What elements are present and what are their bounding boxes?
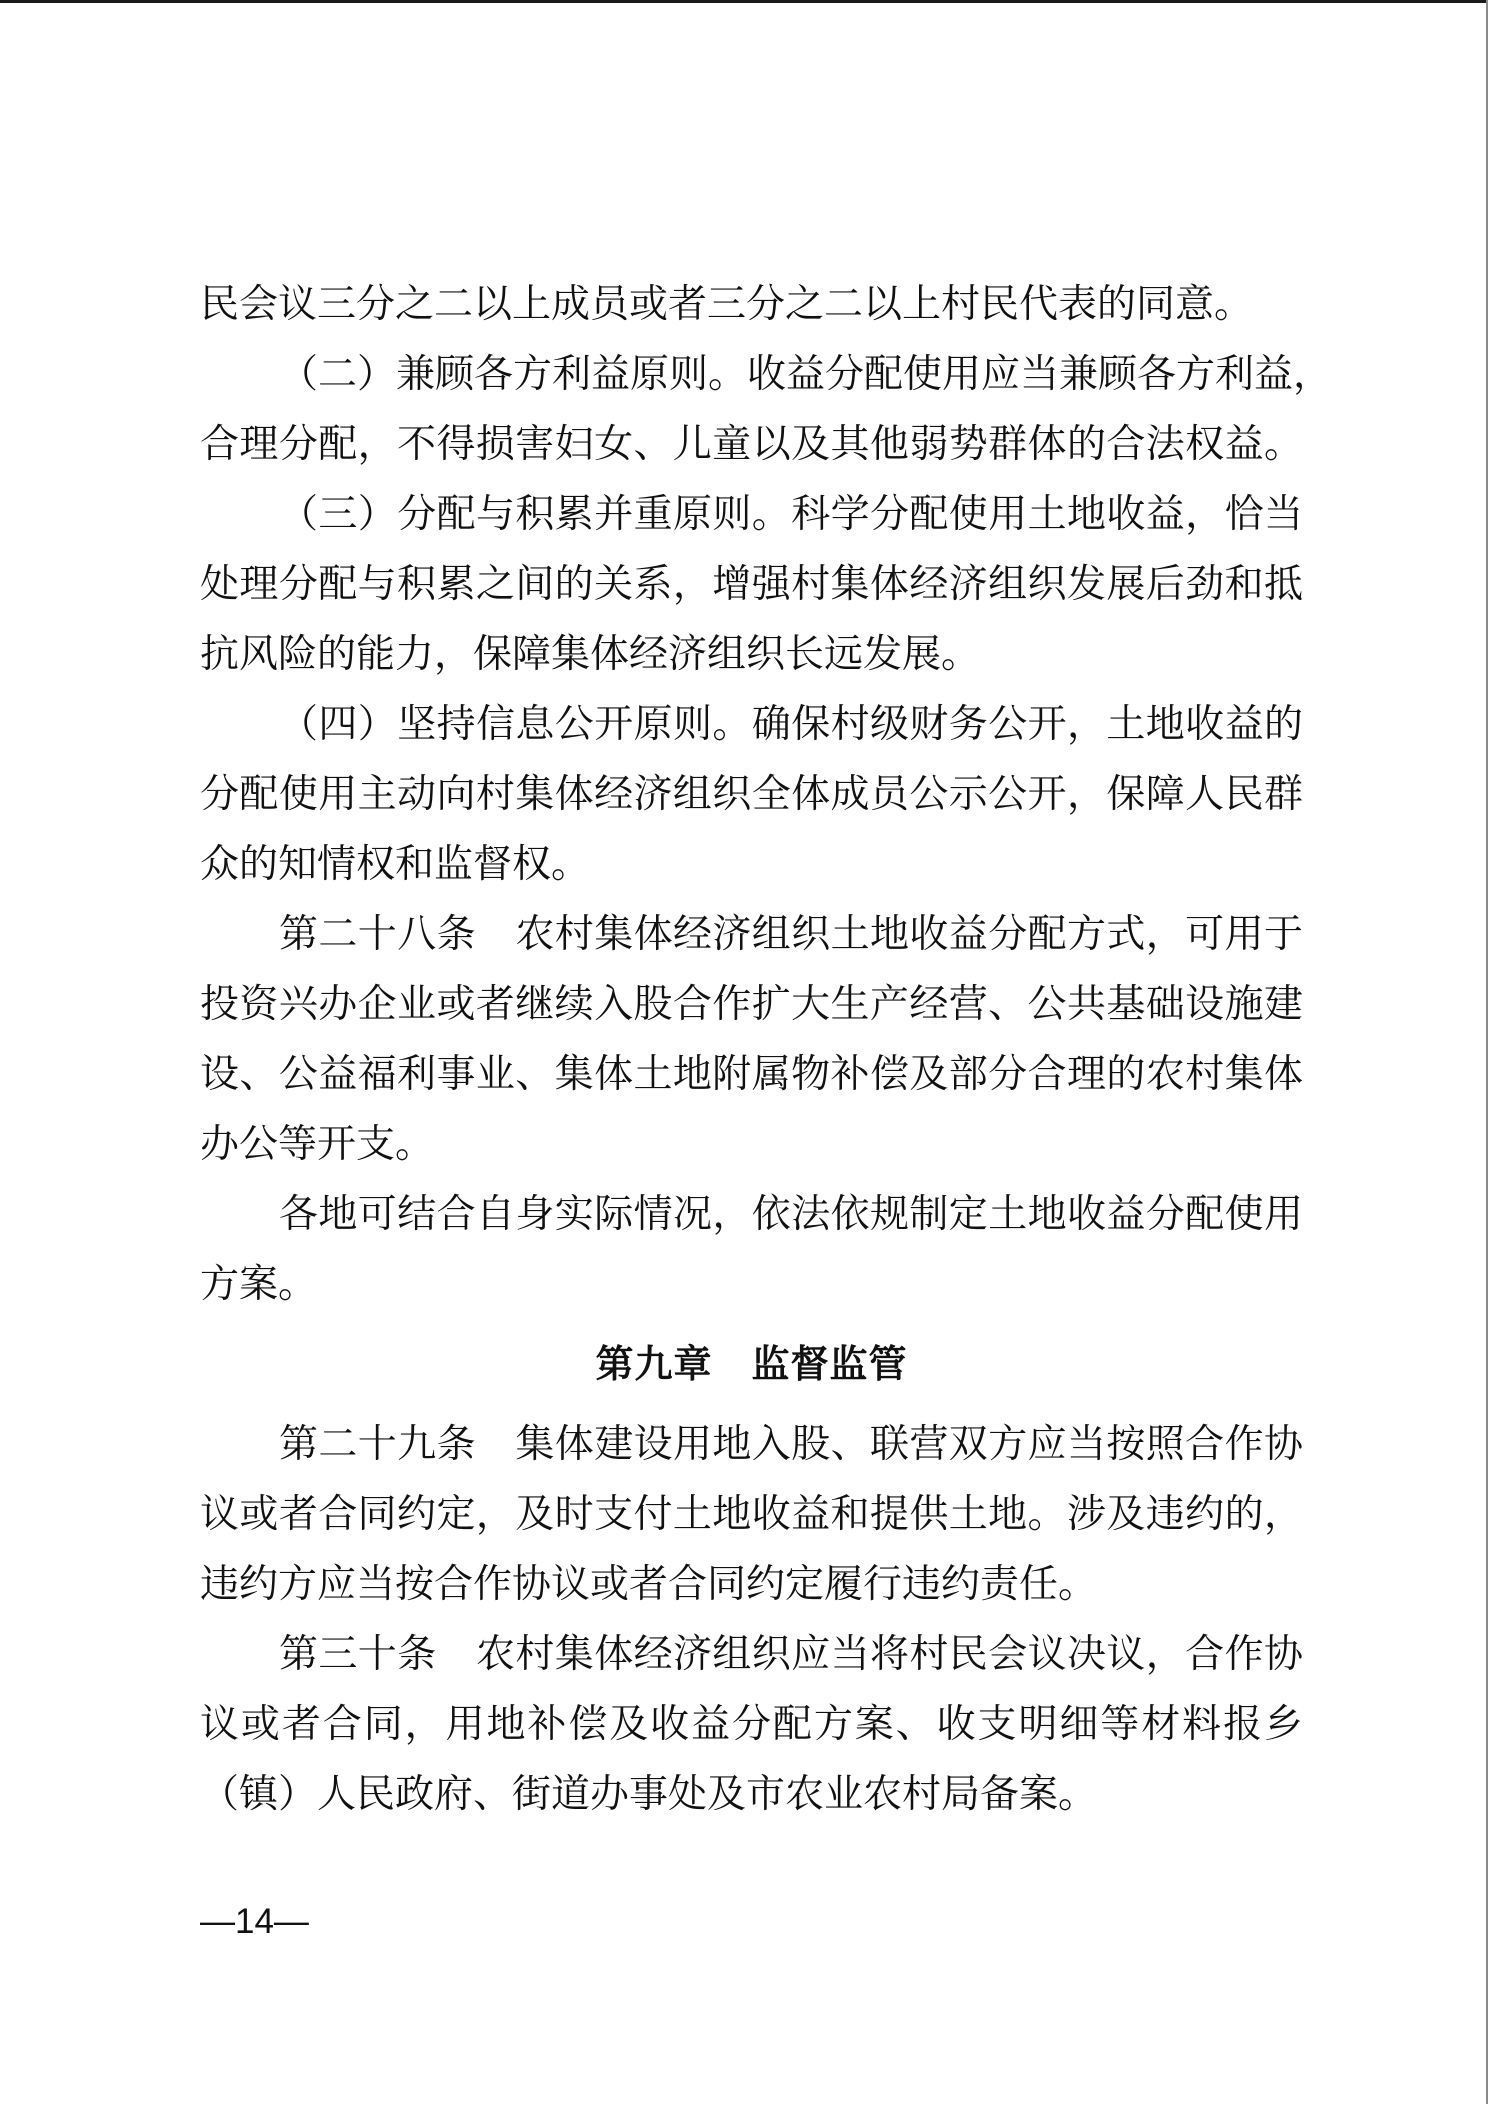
paragraph-line: （镇）人民政府、街道办事处及市农业农村局备案。 <box>200 1760 1303 1830</box>
paragraph-line: （四）坚持信息公开原则。确保村级财务公开，土地收益的 <box>200 690 1303 760</box>
page-number: —14— <box>200 1900 309 1944</box>
page-top-border <box>0 0 1488 3</box>
paragraph-line: 各地可结合自身实际情况，依法依规制定土地收益分配使用 <box>200 1180 1303 1250</box>
article-29-line: 第二十九条 集体建设用地入股、联营双方应当按照合作协 <box>200 1410 1303 1480</box>
paragraph-line: 办公等开支。 <box>200 1110 1303 1180</box>
paragraph-line: 议或者合同，用地补偿及收益分配方案、收支明细等材料报乡 <box>200 1690 1303 1760</box>
paragraph-line: （二）兼顾各方利益原则。收益分配使用应当兼顾各方利益， <box>200 340 1303 410</box>
paragraph-line: 合理分配，不得损害妇女、儿童以及其他弱势群体的合法权益。 <box>200 410 1303 480</box>
paragraph-line: 方案。 <box>200 1250 1303 1320</box>
paragraph-line: 设、公益福利事业、集体土地附属物补偿及部分合理的农村集体 <box>200 1040 1303 1110</box>
paragraph-line: （三）分配与积累并重原则。科学分配使用土地收益，恰当 <box>200 480 1303 550</box>
paragraph-line: 民会议三分之二以上成员或者三分之二以上村民代表的同意。 <box>200 270 1303 340</box>
paragraph-line: 众的知情权和监督权。 <box>200 830 1303 900</box>
paragraph-line: 议或者合同约定，及时支付土地收益和提供土地。涉及违约的， <box>200 1480 1303 1550</box>
document-body: 民会议三分之二以上成员或者三分之二以上村民代表的同意。 （二）兼顾各方利益原则。… <box>200 270 1303 1830</box>
article-30-line: 第三十条 农村集体经济组织应当将村民会议决议，合作协 <box>200 1620 1303 1690</box>
article-28-line: 第二十八条 农村集体经济组织土地收益分配方式，可用于 <box>200 900 1303 970</box>
paragraph-line: 违约方应当按合作协议或者合同约定履行违约责任。 <box>200 1550 1303 1620</box>
paragraph-line: 处理分配与积累之间的关系，增强村集体经济组织发展后劲和抵 <box>200 550 1303 620</box>
paragraph-line: 投资兴办企业或者继续入股合作扩大生产经营、公共基础设施建 <box>200 970 1303 1040</box>
paragraph-line: 抗风险的能力，保障集体经济组织长远发展。 <box>200 620 1303 690</box>
chapter-heading: 第九章 监督监管 <box>200 1320 1303 1410</box>
paragraph-line: 分配使用主动向村集体经济组织全体成员公示公开，保障人民群 <box>200 760 1303 830</box>
